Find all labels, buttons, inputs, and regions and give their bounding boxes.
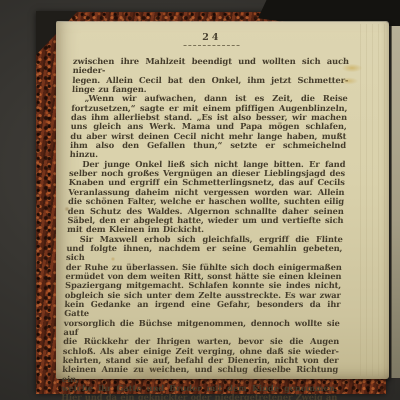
page-number-header: 24 (74, 32, 350, 46)
text-line: und folgte ihnen, nachdem er seine Gemah… (66, 244, 343, 263)
page-number-rule (184, 45, 240, 46)
text-line: ihm also den Gefallen thun,“ setzte er s… (70, 141, 346, 150)
page-number: 24 (74, 32, 350, 43)
text-lines: zwischen ihre Mahlzeit beendigt und woll… (61, 57, 349, 400)
page-fore-edge (360, 24, 388, 376)
text-line: Hier und da ein geknickter oder niederge… (61, 393, 337, 400)
text-line: kein Gedanke an irgend eine Gefahr, beso… (64, 300, 341, 319)
text-block: 24 zwischen ihre Mahlzeit beendigt und w… (61, 32, 350, 400)
book-photo-scene: 24 zwischen ihre Mahlzeit beendigt und w… (0, 0, 400, 400)
text-line: kleinen Annie zu weichen, und schlug die… (62, 365, 339, 384)
page-stack-edge (391, 26, 400, 378)
text-line: vorsorglich die Büchse mitgenommen, denn… (63, 319, 340, 338)
text-line: zwischen ihre Mahlzeit beendigt und woll… (72, 57, 349, 76)
